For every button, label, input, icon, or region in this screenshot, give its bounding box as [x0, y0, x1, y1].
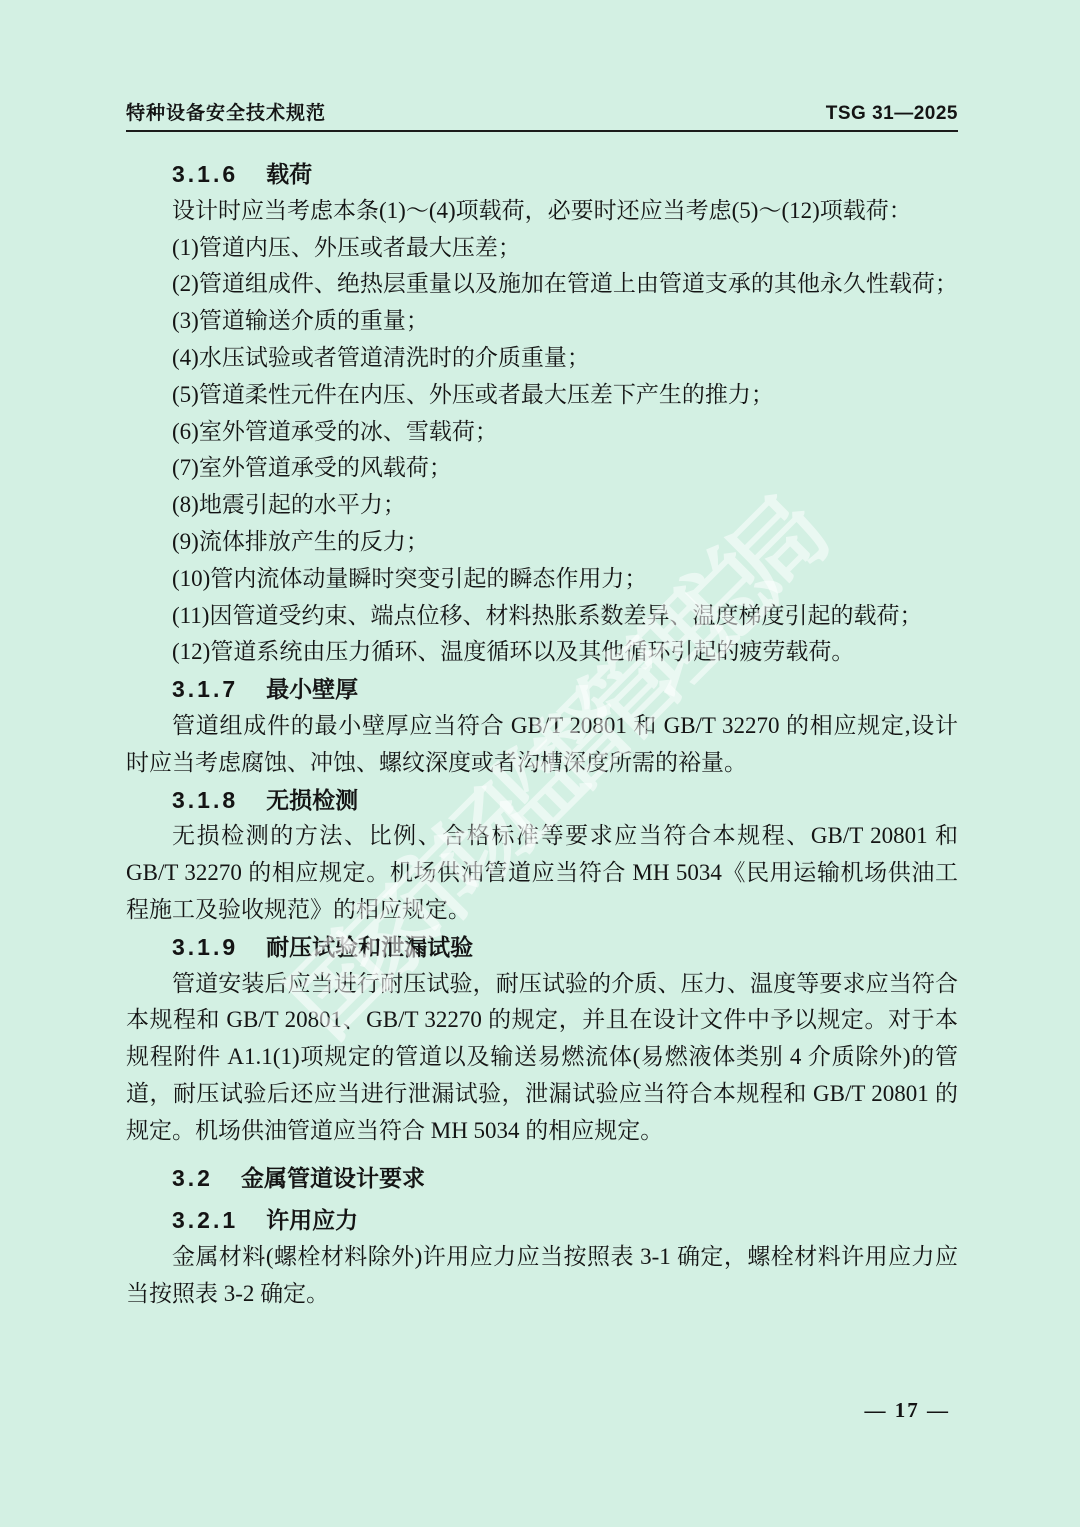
section-title: 耐压试验和泄漏试验 [266, 934, 473, 960]
list-item-7: (7)室外管道承受的风载荷； [126, 450, 958, 487]
header-document-code: TSG 31—2025 [826, 103, 958, 125]
page-number: — 17 — [865, 1398, 951, 1423]
paragraph: 管道组成件的最小壁厚应当符合 GB/T 20801 和 GB/T 32270 的… [126, 708, 958, 782]
document-page: 特种设备安全技术规范 TSG 31—2025 3.1.6载荷 设计时应当考虑本条… [0, 0, 1080, 1527]
section-number: 3.2.1 [172, 1207, 238, 1233]
list-item-5: (5)管道柔性元件在内压、外压或者最大压差下产生的推力； [126, 377, 958, 414]
list-item-4: (4)水压试验或者管道清洗时的介质重量； [126, 340, 958, 377]
section-heading-3-1-9: 3.1.9耐压试验和泄漏试验 [126, 929, 958, 966]
section-number: 3.1.8 [172, 787, 238, 813]
section-number: 3.1.6 [172, 161, 238, 187]
list-item-12: (12)管道系统由压力循环、温度循环以及其他循环引起的疲劳载荷。 [126, 634, 958, 671]
paragraph: 无损检测的方法、比例、合格标准等要求应当符合本规程、GB/T 20801 和 G… [126, 818, 958, 928]
header-title: 特种设备安全技术规范 [126, 98, 326, 125]
list-item-11: (11)因管道受约束、端点位移、材料热胀系数差异、温度梯度引起的载荷； [126, 598, 958, 635]
list-item-1: (1)管道内压、外压或者最大压差； [126, 230, 958, 267]
list-item-10: (10)管内流体动量瞬时突变引起的瞬态作用力； [126, 561, 958, 598]
section-heading-3-2: 3.2金属管道设计要求 [126, 1160, 958, 1197]
list-item-2: (2)管道组成件、绝热层重量以及施加在管道上由管道支承的其他永久性载荷； [126, 266, 958, 303]
list-item-6: (6)室外管道承受的冰、雪载荷； [126, 414, 958, 451]
document-body: 3.1.6载荷 设计时应当考虑本条(1)～(4)项载荷，必要时还应当考虑(5)～… [126, 156, 958, 1313]
section-number: 3.1.9 [172, 934, 238, 960]
section-title: 无损检测 [266, 787, 358, 813]
section-title: 许用应力 [266, 1207, 358, 1233]
list-item-9: (9)流体排放产生的反力； [126, 524, 958, 561]
list-item-8: (8)地震引起的水平力； [126, 487, 958, 524]
section-title: 最小壁厚 [266, 676, 358, 702]
section-heading-3-1-7: 3.1.7最小壁厚 [126, 671, 958, 708]
paragraph: 设计时应当考虑本条(1)～(4)项载荷，必要时还应当考虑(5)～(12)项载荷： [126, 193, 958, 230]
section-number: 3.1.7 [172, 676, 238, 702]
section-title: 金属管道设计要求 [241, 1165, 425, 1191]
page-header: 特种设备安全技术规范 TSG 31—2025 [126, 98, 958, 132]
section-heading-3-1-8: 3.1.8无损检测 [126, 782, 958, 819]
section-title: 载荷 [266, 161, 312, 187]
section-heading-3-1-6: 3.1.6载荷 [126, 156, 958, 193]
section-number: 3.2 [172, 1165, 213, 1191]
paragraph: 管道安装后应当进行耐压试验，耐压试验的介质、压力、温度等要求应当符合本规程和 G… [126, 966, 958, 1150]
section-heading-3-2-1: 3.2.1许用应力 [126, 1202, 958, 1239]
list-item-3: (3)管道输送介质的重量； [126, 303, 958, 340]
paragraph: 金属材料(螺栓材料除外)许用应力应当按照表 3-1 确定，螺栓材料许用应力应当按… [126, 1239, 958, 1313]
